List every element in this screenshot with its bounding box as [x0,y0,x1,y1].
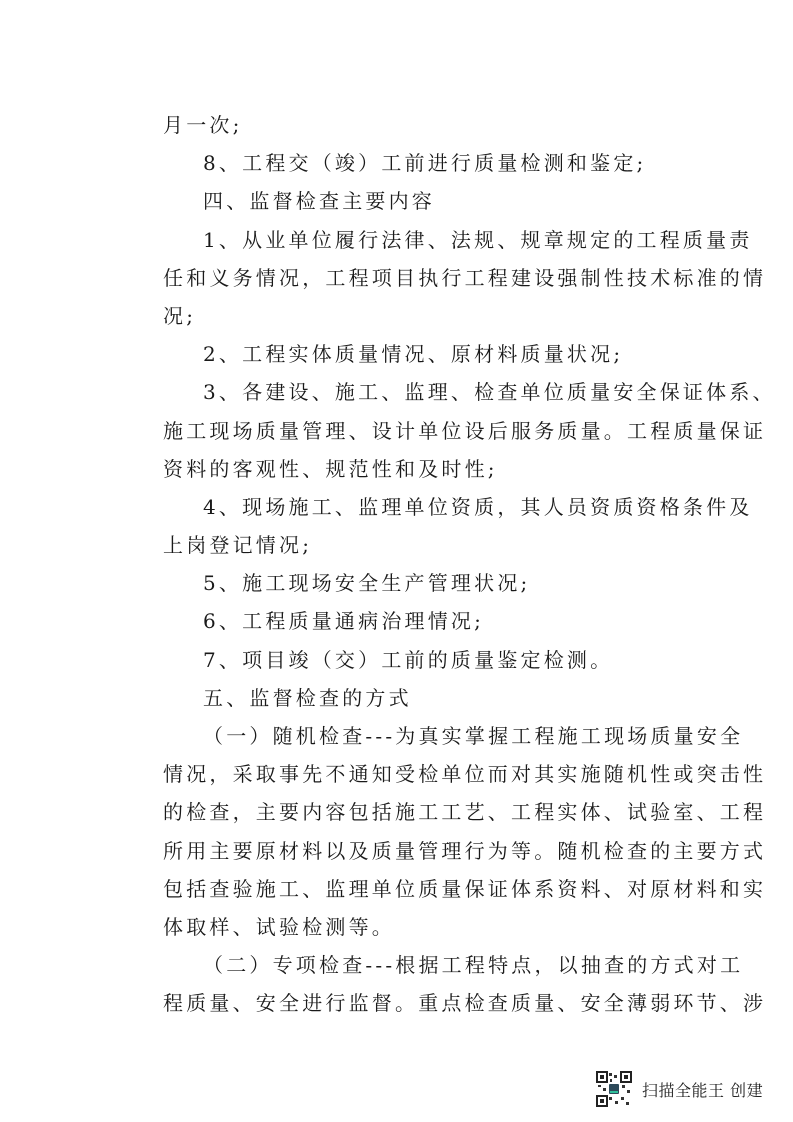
text-line: 所用主要原材料以及质量管理行为等。随机检查的主要方式 [163,832,663,870]
section-heading: 四、监督检查主要内容 [163,182,663,220]
text-line: 情况，采取事先不通知受检单位而对其实施随机性或突击性 [163,755,663,793]
text-line: （一）随机检查---为真实掌握工程施工现场质量安全 [163,717,663,755]
text-line: 任和义务情况，工程项目执行工程建设强制性技术标准的情 [163,259,663,297]
text-line: 4、现场施工、监理单位资质，其人员资质资格条件及 [163,488,663,526]
watermark-text: 扫描全能王 创建 [642,1078,763,1101]
text-line: 包括查验施工、监理单位质量保证体系资料、对原材料和实 [163,870,663,908]
text-line: 体取样、试验检测等。 [163,908,663,946]
text-line: 2、工程实体质量情况、原材料质量状况; [163,335,663,373]
text-line: 8、工程交（竣）工前进行质量检测和鉴定; [163,144,663,182]
text-line: 资料的客观性、规范性和及时性; [163,450,663,488]
document-page: 月一次; 8、工程交（竣）工前进行质量检测和鉴定; 四、监督检查主要内容 1、从… [163,106,663,1023]
text-line: 况; [163,297,663,335]
section-heading: 五、监督检查的方式 [163,679,663,717]
text-line: 6、工程质量通病治理情况; [163,602,663,640]
text-line: 施工现场质量管理、设计单位设后服务质量。工程质量保证 [163,412,663,450]
text-line: 的检查，主要内容包括施工工艺、工程实体、试验室、工程 [163,793,663,831]
text-line: 上岗登记情况; [163,526,663,564]
scanner-watermark: 扫描全能王 创建 [596,1071,763,1107]
text-line: 5、施工现场安全生产管理状况; [163,564,663,602]
text-line: （二）专项检查---根据工程特点，以抽查的方式对工 [163,946,663,984]
text-line: 1、从业单位履行法律、法规、规章规定的工程质量责 [163,221,663,259]
text-line: 7、项目竣（交）工前的质量鉴定检测。 [163,641,663,679]
qr-code-icon [596,1071,632,1107]
text-line: 3、各建设、施工、监理、检查单位质量安全保证体系、 [163,373,663,411]
text-line: 程质量、安全进行监督。重点检查质量、安全薄弱环节、涉 [163,984,663,1022]
text-line: 月一次; [163,106,663,144]
